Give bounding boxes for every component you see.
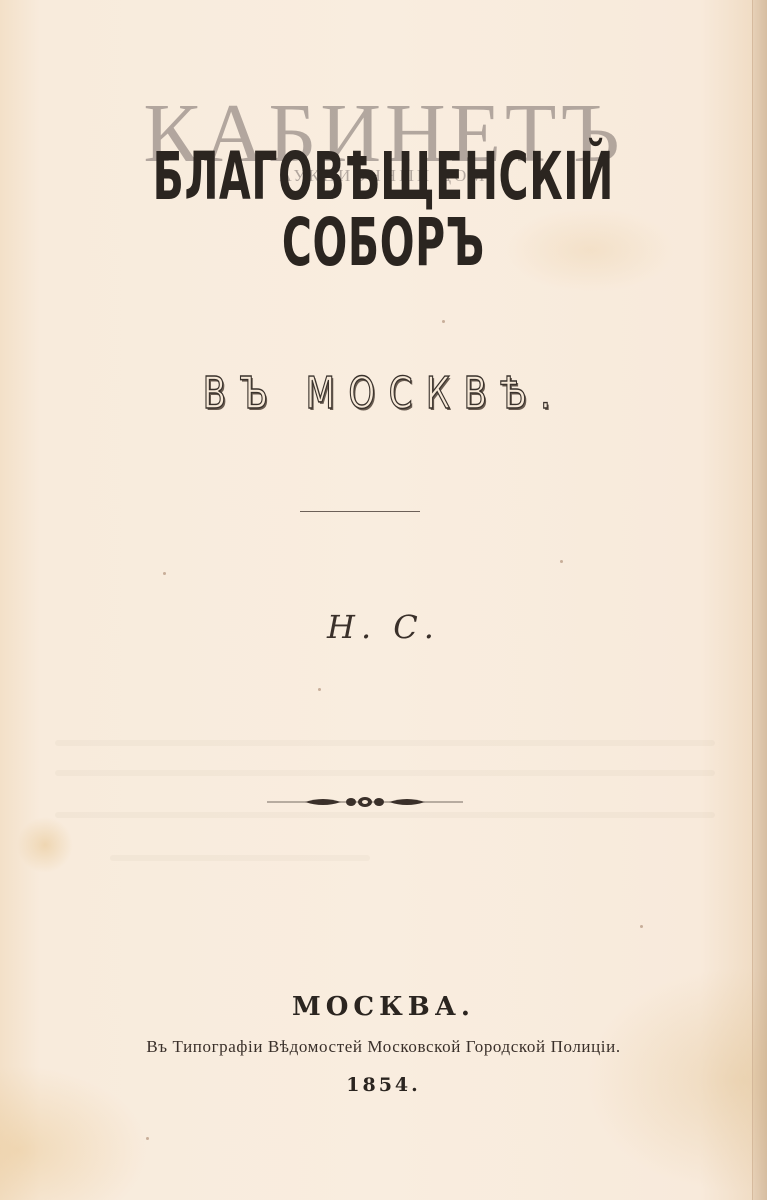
ornament-divider-icon (267, 795, 463, 809)
horizontal-rule (300, 511, 420, 512)
bleed-through-line (55, 770, 715, 776)
paper-speck (163, 572, 166, 575)
paper-speck (640, 925, 643, 928)
title-page: КАБИНЕТЪ АУКЦИОННЫЙ ДОМ БЛАГОВѢЩЕНСКІЙ С… (0, 0, 767, 1200)
paper-speck (318, 688, 321, 691)
bleed-through-line (110, 855, 370, 861)
paper-speck (560, 560, 563, 563)
imprint-city: МОСКВА. (0, 992, 767, 1022)
paper-speck (146, 1137, 149, 1140)
author-initials: Н. С. (0, 608, 767, 646)
paper-speck (442, 320, 445, 323)
book-title: БЛАГОВѢЩЕНСКІЙ СОБОРЪ (146, 144, 622, 276)
imprint-printer: Въ Типографіи Вѣдомостей Московской Горо… (0, 1037, 767, 1057)
bleed-through-line (55, 740, 715, 746)
imprint-year: 1854. (0, 1074, 767, 1096)
book-subtitle: ВЪ МОСКВѢ. (84, 372, 682, 416)
bleed-through-line (55, 812, 715, 818)
